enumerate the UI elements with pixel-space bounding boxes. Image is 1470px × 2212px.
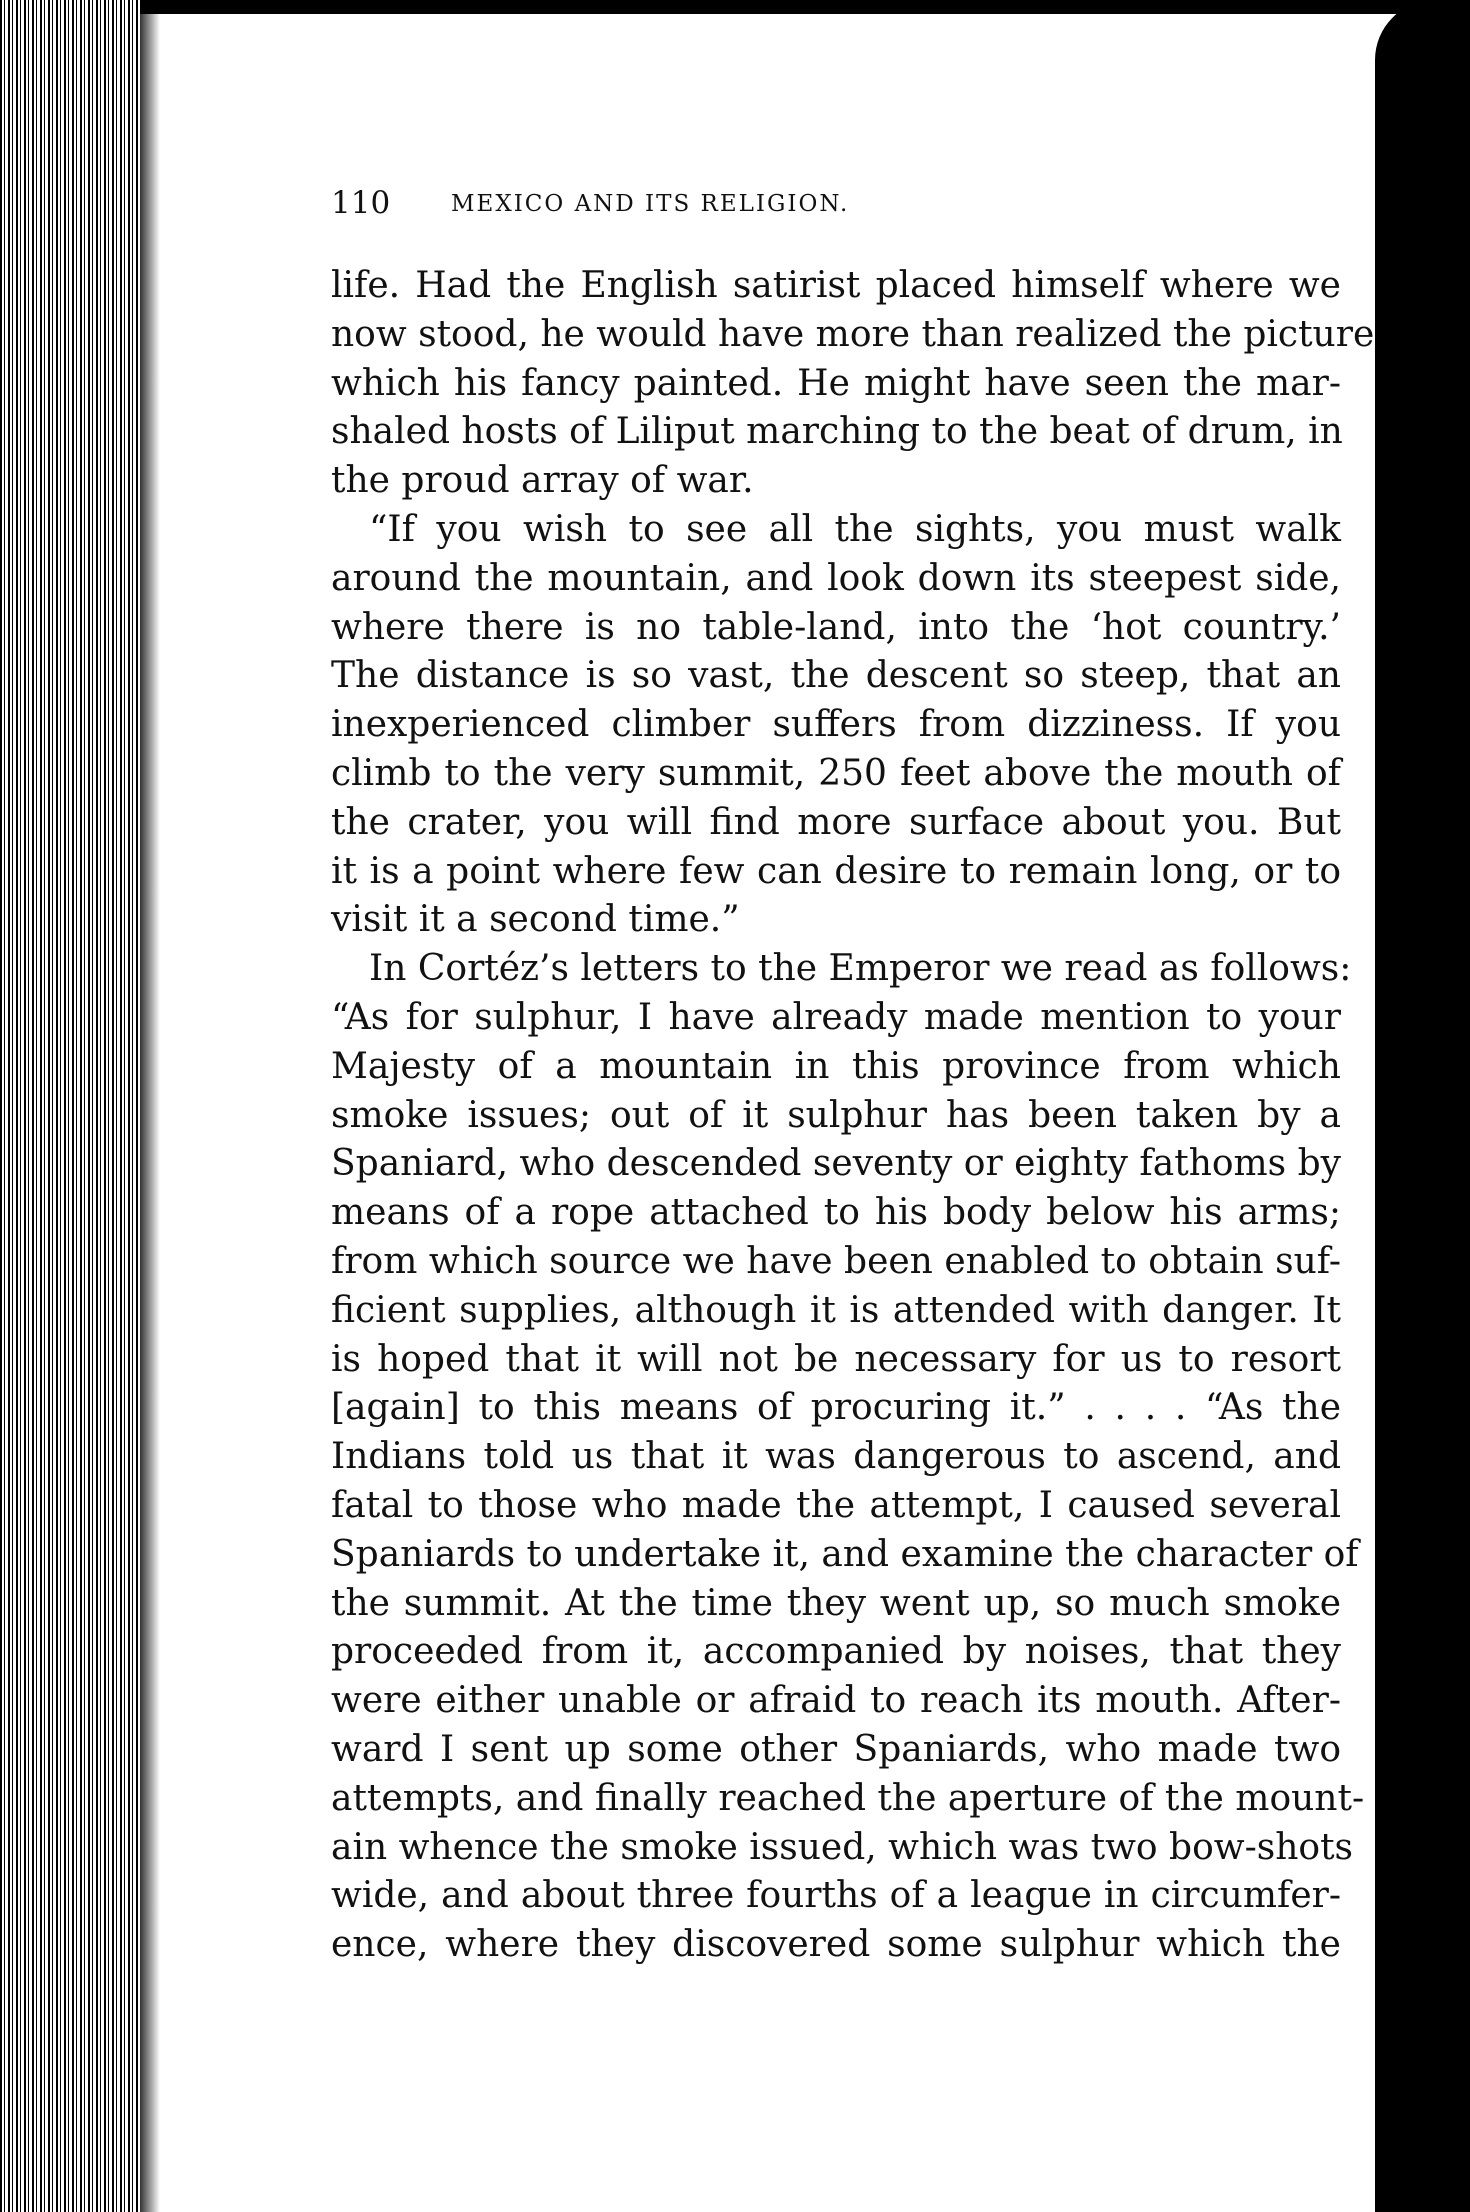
text-line: from which source we have been enabled t… <box>331 1238 1341 1287</box>
text-line: inexperienced climber suffers from dizzi… <box>331 701 1341 750</box>
page-number: 110 <box>331 185 390 221</box>
text-line: Indians told us that it was dangerous to… <box>331 1433 1341 1482</box>
text-line: were either unable or afraid to reach it… <box>331 1677 1341 1726</box>
text-line: where there is no table-land, into the ‘… <box>331 604 1341 653</box>
running-title: MEXICO AND ITS RELIGION. <box>451 191 849 217</box>
book-page-edges <box>0 0 150 2212</box>
text-line: means of a rope attached to his body bel… <box>331 1189 1341 1238</box>
text-line: “If you wish to see all the sights, you … <box>331 506 1341 555</box>
text-line: ficient supplies, although it is attende… <box>331 1287 1341 1336</box>
text-line: In Cortéz’s letters to the Emperor we re… <box>331 945 1341 994</box>
text-line: attempts, and finally reached the apertu… <box>331 1775 1341 1824</box>
text-line: life. Had the English satirist placed hi… <box>331 262 1341 311</box>
text-line: the summit. At the time they went up, so… <box>331 1580 1341 1629</box>
text-line: visit it a second time.” <box>331 896 1341 945</box>
text-line: it is a point where few can desire to re… <box>331 848 1341 897</box>
text-line: fatal to those who made the attempt, I c… <box>331 1482 1341 1531</box>
text-line: around the mountain, and look down its s… <box>331 555 1341 604</box>
text-line: “As for sulphur, I have already made men… <box>331 994 1341 1043</box>
scan-border-right <box>1375 0 1470 2212</box>
text-line: the proud array of war. <box>331 457 1341 506</box>
text-line: is hoped that it will not be necessary f… <box>331 1336 1341 1385</box>
text-line: climb to the very summit, 250 feet above… <box>331 750 1341 799</box>
scan-border-top <box>140 0 1470 14</box>
text-line: Majesty of a mountain in this province f… <box>331 1043 1341 1092</box>
text-line: ain whence the smoke issued, which was t… <box>331 1824 1341 1873</box>
binding-shadow <box>140 0 160 2212</box>
text-line: proceeded from it, accompanied by noises… <box>331 1628 1341 1677</box>
text-line: shaled hosts of Liliput marching to the … <box>331 408 1341 457</box>
text-line: which his fancy painted. He might have s… <box>331 360 1341 409</box>
text-line: ence, where they discovered some sulphur… <box>331 1921 1341 1970</box>
text-line: The distance is so vast, the descent so … <box>331 652 1341 701</box>
text-line: Spaniards to undertake it, and examine t… <box>331 1531 1341 1580</box>
text-line: the crater, you will find more surface a… <box>331 799 1341 848</box>
body-text: life. Had the English satirist placed hi… <box>331 262 1341 1970</box>
text-line: Spaniard, who descended seventy or eight… <box>331 1140 1341 1189</box>
text-line: ward I sent up some other Spaniards, who… <box>331 1726 1341 1775</box>
text-line: wide, and about three fourths of a leagu… <box>331 1872 1341 1921</box>
text-line: now stood, he would have more than reali… <box>331 311 1341 360</box>
text-line: [again] to this means of procuring it.” … <box>331 1384 1341 1433</box>
page-header: 110 MEXICO AND ITS RELIGION. <box>331 185 1091 225</box>
text-line: smoke issues; out of it sulphur has been… <box>331 1092 1341 1141</box>
